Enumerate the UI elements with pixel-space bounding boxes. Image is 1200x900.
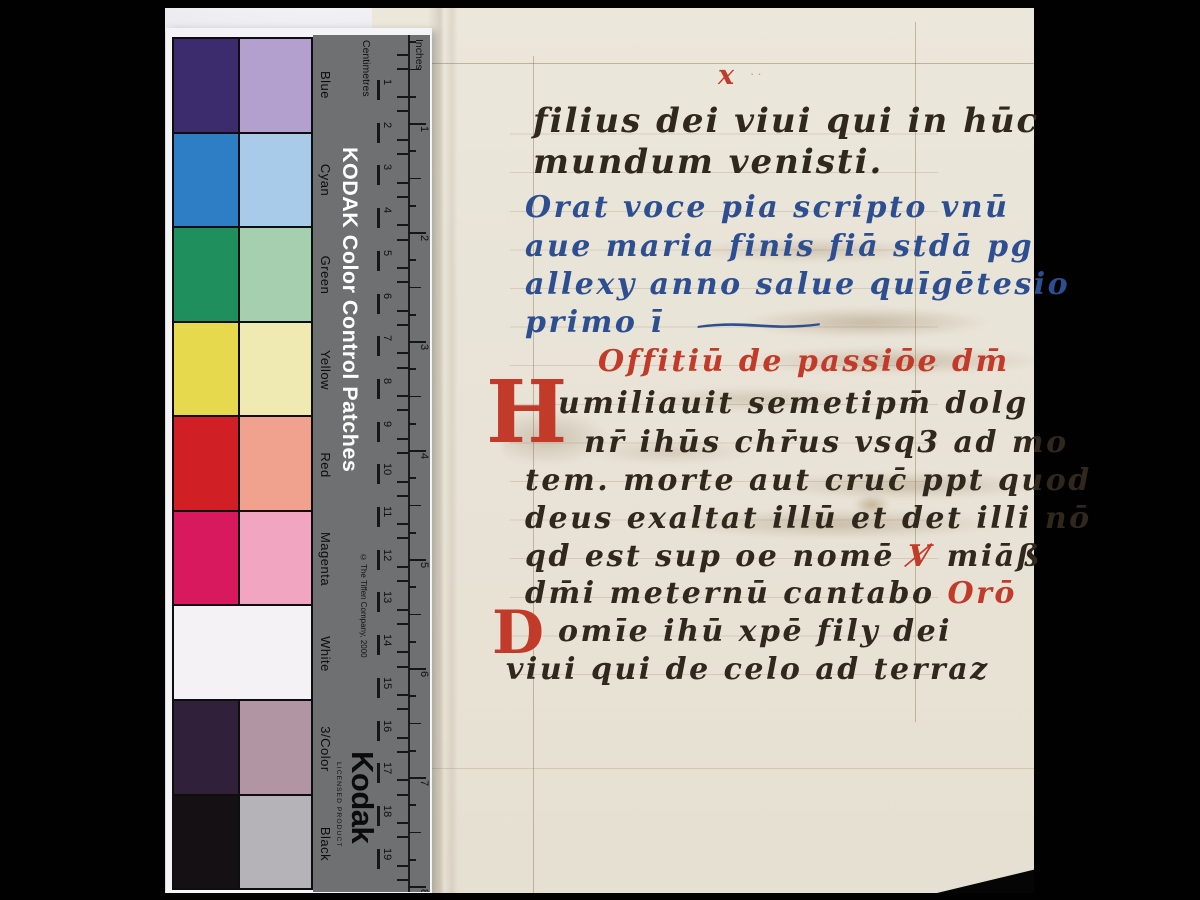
illuminated-initial: H [486,374,567,451]
ruler-number: 19 [381,848,393,860]
ruler-divider-line [408,35,410,892]
manuscript-text-line: omīe ihū xpē fily dei [558,617,952,647]
ruler-tick [409,886,426,888]
ruler-tick [409,668,426,670]
manuscript-text-line: filius dei viui qui in hūc [533,104,1039,138]
patch-label: Green [318,256,333,295]
color-patch-light [240,323,311,416]
ruler-tick [409,287,421,289]
ruler-tick [409,423,417,425]
ruler-tick [397,495,408,497]
manuscript-page: x ·· filius dei viui qui in hūcmundum ve… [372,8,1034,893]
ruler-tick [397,54,408,56]
text-segment: Orat voce pia scripto vnū [525,190,1009,225]
chart-copyright: © The Tiffen Company, 2000 [359,553,368,658]
ruler-tick [397,367,408,369]
ruler-tick [397,196,408,198]
color-patch-saturated [174,417,238,510]
ruler-tick [409,150,417,152]
patch-row-green [174,228,311,321]
ruler-tick [397,324,408,326]
ruler-tick [397,182,408,184]
ruler-number: 5 [418,562,430,568]
ruler-tick [397,708,408,710]
color-patch-light [240,701,311,794]
patch-row-yellow [174,323,311,416]
ruler-tick [397,352,408,354]
inches-label: Inches [413,39,425,70]
ruler-tick [397,452,408,454]
ruler-tick [377,123,380,143]
ruler-number: 8 [381,378,393,384]
ruler-tick [377,763,380,783]
ruler-tick [397,110,408,112]
ruler-tick [377,336,380,356]
text-segment: miāß [934,539,1042,574]
ruler-tick [377,806,380,826]
ruler-number: 9 [381,421,393,427]
ruler-tick [409,450,426,452]
color-patch-light [240,134,311,227]
text-segment: viui qui de celo ad terraz [506,652,990,687]
ruler-tick [397,239,408,241]
patch-label: White [318,636,333,672]
ruler-tick [377,635,380,655]
ruler-number: 11 [381,506,393,517]
ruler-tick [397,694,408,696]
manuscript-text-line: primo ī ∼ [525,308,705,338]
ruler-number: 3 [381,164,393,170]
patch-row-3color [174,701,311,794]
chart-title: KODAK Color Control Patches [337,147,362,472]
text-segment: Orō [947,576,1016,611]
ruler-tick [397,96,408,98]
patch-row-blue [174,39,311,132]
ruler-tick [409,532,417,534]
manuscript-text-line: allexy anno salue quīgētesio [525,270,1070,300]
ruler-number: 10 [381,463,393,475]
ruler-tick [397,751,408,753]
text-segment: allexy anno salue quīgētesio [525,267,1070,302]
ruler-number: 6 [381,293,393,299]
manuscript-text-line: aue maria finis fiā stdā pg [525,232,1034,262]
ruler-number: 15 [381,677,393,689]
ruler-tick [409,750,417,752]
ruler-number: 6 [418,671,430,677]
text-segment: mundum venisti. [533,142,883,182]
centimetres-label: Centimetres [360,40,372,97]
text-segment: omīe ihū xpē fily dei [558,614,952,649]
ruler-tick [409,586,417,588]
ruler-number: 14 [381,634,393,646]
ruler-tick [377,294,380,314]
ruler-number: 7 [381,335,393,341]
ruler-tick [409,695,417,697]
patch-label: Red [318,452,333,477]
color-patch-columns [172,37,313,890]
ruler-tick [409,859,417,861]
ruler-tick [397,267,408,269]
text-segment: ∼ [677,311,857,341]
kodak-logo: Kodak [344,751,380,843]
text-segment: filius dei viui qui in hūc [533,101,1039,141]
ruler-tick [409,341,426,343]
patch-row-red [174,417,311,510]
ruler-tick [409,723,421,725]
patch-label: Yellow [318,350,333,390]
ruler-tick [409,314,417,316]
folio-mark-dots: ·· [750,66,765,81]
text-segment: deus exaltat illū et det illi nō [525,501,1092,536]
ruler-tick [409,259,417,261]
ruler-tick [377,165,380,185]
ruler-tick [377,678,380,698]
text-segment: aue maria finis fiā stdā pg [525,229,1034,264]
ruler-tick [377,208,380,228]
page-corner-shadow [937,863,1034,893]
ruler-number: 1 [381,79,393,85]
color-patch-light [240,796,311,889]
ruler-tick [397,865,408,867]
ruler-tick [397,609,408,611]
text-segment: dm̄i meternū cantabo [525,576,947,611]
ruling-line-horizontal-bottom [372,768,1034,769]
manuscript-text-line: deus exaltat illū et det illi nō [525,504,1092,534]
ruler-number: 18 [381,805,393,817]
ruler-tick [397,481,408,483]
ruler-tick [397,68,408,70]
chart-gray-bar: BlueCyanGreenYellowRedMagentaWhite3/Colo… [313,35,430,892]
ruler-tick [377,422,380,442]
ruler-number: 4 [418,453,430,459]
color-patch [174,606,311,699]
ruler-number: 5 [381,250,393,256]
ruler-tick [377,592,380,612]
color-patch-light [240,417,311,510]
color-patch-saturated [174,323,238,416]
text-segment: tem. morte aut cruc̄ ppt quod [525,463,1092,498]
ruler-tick [377,379,380,399]
ruler-tick [397,623,408,625]
ruler-tick [409,178,421,180]
ruler-tick [377,550,380,570]
color-patch-saturated [174,701,238,794]
ruler-tick [397,836,408,838]
ruler-tick [409,123,426,125]
color-patch-saturated [174,134,238,227]
text-segment: V̸ [908,539,934,574]
ruler-tick [409,96,417,98]
patch-row-white [174,606,311,699]
kodak-color-chart: BlueCyanGreenYellowRedMagentaWhite3/Colo… [166,28,432,893]
ruler-number: 3 [418,344,430,350]
ruler-tick [377,80,380,100]
ruler-tick [409,477,417,479]
ruler-tick [397,438,408,440]
manuscript-text-line: Offitiū de passiōe dm̄ [598,347,1010,377]
patch-label: Cyan [318,164,333,196]
ruler-number: 8 [418,889,430,892]
kodak-licensed-text: LICENSED PRODUCT [335,762,342,848]
ruler-tick [377,721,380,741]
ruler-number: 7 [418,780,430,786]
ruler-tick [409,396,421,398]
text-segment: primo ī [525,305,677,340]
ruler-tick [409,804,417,806]
ruler-tick [397,537,408,539]
ruler-number: 2 [381,122,393,128]
patch-label: Magenta [318,532,333,586]
color-patch-light [240,512,311,605]
patch-label: Black [318,827,333,861]
ruler-tick [397,779,408,781]
ruler-tick [397,310,408,312]
ruler-number: 17 [381,762,393,774]
text-segment: umiliauit semetipm̄ dolg [558,386,1029,421]
text-segment: qd est sup oe nomē [525,539,908,574]
color-patch-light [240,39,311,132]
ruler-tick [409,614,421,616]
manuscript-text-line: dm̄i meternū cantabo Orō [525,579,1017,609]
color-patch-saturated [174,512,238,605]
ruler-tick [409,832,421,834]
ruler-tick [409,69,421,71]
ruler-tick [397,139,408,141]
ruler-tick [397,651,408,653]
ruler-tick [377,849,380,869]
ruler-number: 1 [418,126,430,132]
ruler-tick [397,580,408,582]
ruler-tick [397,395,408,397]
ruler-tick [409,559,426,561]
ruler-tick [397,737,408,739]
ruler-tick [409,232,426,234]
manuscript-text-line: tem. morte aut cruc̄ ppt quod [525,466,1092,496]
ruler-tick [397,409,408,411]
folio-mark: x [718,60,734,91]
manuscript-text-line: umiliauit semetipm̄ dolg [558,389,1029,419]
patch-label: 3/Color [318,726,333,771]
page-left-crease [428,8,458,893]
color-patch-saturated [174,39,238,132]
ruler-tick [409,641,417,643]
color-patch-saturated [174,228,238,321]
manuscript-text-line: qd est sup oe nomē V̸ miāß [525,542,1042,572]
ruler-number: 12 [381,549,393,561]
patch-label: Blue [318,71,333,99]
ruler-tick [409,368,417,370]
text-segment: nr̄ ihūs chr̄us vsq3 ad mo [584,425,1069,460]
ruler-tick [377,464,380,484]
ruler-tick [397,879,408,881]
ruler-tick [377,251,380,271]
ruler-tick [397,523,408,525]
manuscript-text-line: nr̄ ihūs chr̄us vsq3 ad mo [584,428,1069,458]
ruler-tick [377,507,380,527]
ruler-tick [397,153,408,155]
color-patch-saturated [174,796,238,889]
photo-stage: x ·· filius dei viui qui in hūcmundum ve… [0,0,1200,900]
ruler-tick [409,41,417,43]
ruler-number: 13 [381,591,393,603]
color-patch-light [240,228,311,321]
ruler-number: 4 [381,207,393,213]
ruler-tick [397,666,408,668]
ruler-tick [409,205,417,207]
text-segment: Offitiū de passiōe dm̄ [598,344,1010,379]
ruler-tick [397,281,408,283]
manuscript-text-line: Orat voce pia scripto vnū [525,193,1009,223]
ruler-tick [397,794,408,796]
ruler-number: 16 [381,720,393,732]
patch-row-cyan [174,134,311,227]
ruler-tick [397,822,408,824]
manuscript-text-line: mundum venisti. [533,145,883,179]
patch-row-magenta [174,512,311,605]
manuscript-text-line: viui qui de celo ad terraz [506,655,990,685]
ruler-tick [409,505,421,507]
patch-row-black [174,796,311,889]
ruler-tick [397,566,408,568]
ruling-line-horizontal-top [372,63,1034,64]
ruler-tick [409,777,426,779]
ruler-tick [397,224,408,226]
ruler-number: 2 [418,235,430,241]
